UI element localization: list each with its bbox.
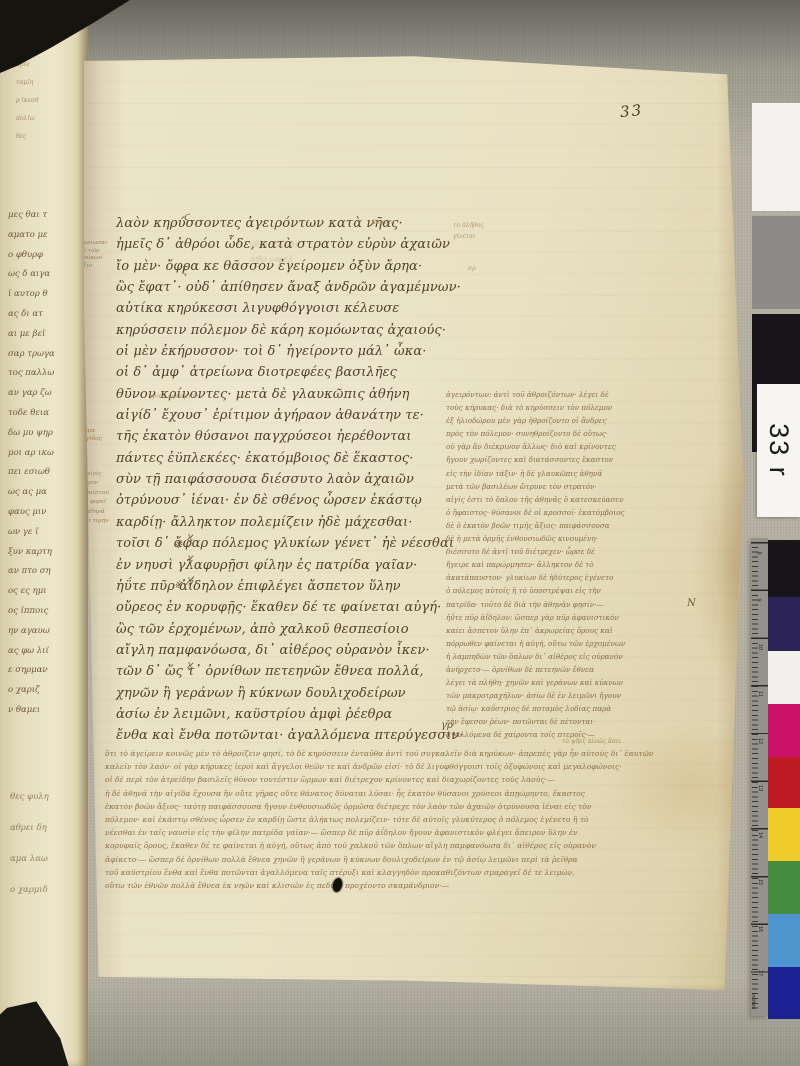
bottom-scholia-header: τὸ ψῆες αἰνῶς ἄπει [562, 738, 621, 745]
faint-gloss: ἅπαντα [372, 219, 395, 226]
scholion-line: εἰς τὴν ἰδίαν τάξιν· ἡ δὲ γλαυκῶπις ἀθην… [446, 467, 654, 480]
margin-mark: ϗ [187, 532, 193, 543]
scholion-line: ἀγαλλόμενα δὲ χαίροντα τοῖς πτεροῖς·— [446, 728, 654, 741]
scholion-line: πόλεμον· καὶ ἑκάστῳ σθένος ὦρσεν ἐν καρδ… [105, 813, 665, 826]
grayscale-patch-black [752, 314, 800, 395]
verse-line: οἱ δ᾽ ἀμφ᾽ ἀτρείωνα διοτρεφέες βασιλῆες [116, 362, 476, 383]
page-number: 33 [619, 101, 644, 121]
grayscale-patch-white [752, 103, 800, 211]
verse-line: ἐν νηυσὶ γλαφυρῇσι φίλην ἐς πατρίδα γαῖα… [116, 555, 476, 576]
faint-gloss: τὸ πλῆθος [453, 222, 484, 229]
color-patch-dark-blue [768, 967, 800, 1019]
scholion-line: καλεῖν τὸν λαόν· οἱ γὰρ κήρυκες ἱεροὶ κα… [105, 760, 665, 773]
folio-label-text: 33 r [757, 384, 800, 517]
text-fragment: αμα λαω [10, 844, 49, 875]
text-fragment: ϊ αυτορ θ [8, 285, 55, 305]
scholion-line: πρὸς τὸν πόλεμον· συνηθροίζοντο δὲ οὕτως… [446, 427, 654, 440]
verse-line: οὔρεος ἐν κορυφῇς· ἕκαθεν δέ τε φαίνεται… [116, 597, 476, 618]
text-fragment: μες θαι τ [8, 206, 55, 226]
text-fragment: πει εσιωθ [8, 463, 55, 483]
color-patch-magenta [768, 704, 800, 757]
scholion-line: ὁ ἥφαιστος· θύσανοι δὲ οἱ κροσσοί· ἑκατό… [446, 506, 654, 519]
margin-mark: ξ [182, 266, 188, 277]
scholion-line: δὲ ὁ ἑκατὸν βοῶν τιμῆς ἄξιος· παιφάσσουσ… [446, 519, 654, 532]
main-text-block: λαὸν κηρύσσοντες ἀγειρόντων κατὰ νῆας·ἡμ… [116, 213, 476, 747]
verse-line: πάντες ἐϋπλεκέες· ἑκατόμβοιος δὲ ἕκαστος… [116, 448, 476, 469]
faint-gloss: ἤγουν ἄφθαρτον [148, 393, 198, 400]
verse-line: ὣς ἔφατ᾽· οὐδ᾽ ἀπίθησεν ἄναξ ἀνδρῶν ἀγαμ… [116, 277, 476, 298]
facing-page-line-fragments: μες θαι ταματο μεο φθυρφως δ αιγαϊ αυτορ… [8, 206, 55, 721]
scholion-line: ἡ λαμπηδὼν τῶν ὅπλων δι᾽ αἰθέρος εἰς οὐρ… [446, 650, 654, 663]
text-fragment: θες φυλη [10, 782, 49, 813]
ruler-major-ticks [751, 542, 768, 1012]
text-fragment: αι με βεϊ [8, 325, 55, 345]
scholion-line: κορυφαῖς ὄρους, ἕκαθεν δέ τε φαίνεται ἡ … [105, 839, 665, 852]
color-patch-red [768, 757, 800, 808]
color-patch-light-blue [768, 914, 800, 967]
scholion-line: τοῦ καϋστρίου ἔνθα καὶ ἔνθα ποτῶνται ἀγα… [105, 866, 665, 879]
text-fragment: ταμϊη [16, 74, 39, 92]
text-fragment: τος παλλω [8, 364, 55, 384]
margin-mark: ϗ [187, 575, 193, 586]
text-fragment: ος ες ημι [8, 582, 55, 602]
text-fragment: ων γε ϊ [8, 523, 55, 543]
color-patch-black [768, 540, 800, 597]
text-fragment: ην αγαυω [8, 622, 55, 642]
verse-line: τῶν δ᾽ ὥς τ᾽ ὀρνίθων πετεηνῶν ἔθνεα πολλ… [116, 661, 476, 682]
text-fragment: ας δι ατ [8, 305, 55, 325]
margin-mark: ϗ [187, 660, 193, 671]
scholion-line: ὁ πόλεμος αὐτοῖς ἢ τὸ ὑποστρέψαι εἰς τὴν [446, 584, 654, 597]
text-fragment: ο χαριζ [8, 681, 55, 701]
text-fragment: ος ϊπποις [8, 602, 55, 622]
color-patch-violet-blue [768, 597, 800, 651]
verse-line: ἠΰτε πῦρ ἀΐδηλον ἐπιφλέγει ἄσπετον ὕλην [116, 576, 476, 597]
color-patch-yellow [768, 808, 800, 861]
ruler-unit-label: Inches [750, 993, 756, 1009]
verse-line: σὺν τῇ παιφάσσουσα διέσσυτο λαὸν ἀχαιῶν [116, 469, 476, 490]
ruler-number: 13 [757, 785, 763, 791]
scholion-line: τοὺς κήρυκας· διὰ τὸ κηρύσσειν τὸν πόλεμ… [446, 401, 654, 414]
scholion-line: τῷ ἀσίῳ· καΰστριος δὲ ποταμὸς λυδίας παρ… [446, 702, 654, 715]
scholion-line: πόρρωθεν φαίνεται ἡ αὐγή, οὕτω τῶν ἐρχομ… [446, 637, 654, 650]
verse-line: χηνῶν ἢ γεράνων ἢ κύκνων δουλιχοδείρων [116, 683, 476, 704]
scholion-line: ἤγειρε καὶ παρώρμησεν· ἄλληκτον δὲ τὸ [446, 558, 654, 571]
scholion-line: νέεσθαι ἐν ταῖς ναυσὶν εἰς τὴν φίλην πατ… [105, 826, 665, 839]
calibration-ruler: 891011121314151617 Inches [751, 538, 768, 1016]
margin-mark: ※ [174, 540, 182, 551]
text-fragment: αματο με [8, 226, 55, 246]
color-calibration-patches [768, 540, 800, 1019]
ruler-number: 14 [757, 832, 763, 838]
text-fragment: ο χαρμιδ [10, 875, 49, 906]
scholion-line: ἀκατάπαυστον· γλυκίων δὲ ἡδύτερος ἐγένετ… [446, 571, 654, 584]
verse-line: αἴγλη παμφανόωσα, δι᾽ αἰθέρος οὐρανὸν ἷκ… [116, 640, 476, 661]
text-fragment: θες [16, 128, 39, 146]
scholion-line: μετὰ τῶν βασιλέων ὤτρυνε τὸν στρατόν· [446, 480, 654, 493]
ruler-number: 15 [757, 879, 763, 885]
verse-line: λαὸν κηρύσσοντες ἀγειρόντων κατὰ νῆας· [116, 213, 476, 234]
text-fragment: ο φθυρφ [8, 246, 55, 266]
text-fragment: δω μυ ψηρ [8, 424, 55, 444]
verse-line: ἡμεῖς δ᾽ ἀθρόοι ὧδε, κατὰ στρατὸν εὐρὺν … [116, 234, 476, 255]
grayscale-patch-gray [752, 216, 800, 309]
scholion-line: τῶν μακροτραχήλων· ἀσίω δὲ ἐν λειμῶνι ἤγ… [446, 689, 654, 702]
ruler-number: 9 [756, 598, 762, 601]
verse-line: τῆς ἑκατὸν θύσανοι παγχρύσεοι ἠερέθονται [116, 426, 476, 447]
scholion-line: ἑκατὸν βοῶν ἄξιος· ταύτῃ παιφάσσουσα ἤγο… [105, 800, 665, 813]
scholion-line: ἡ δὲ ἀθηνᾶ τὴν αἰγίδα ἔχουσα ἣν οὔτε γῆρ… [105, 787, 665, 800]
scholion-line: δὲ ἡ μετὰ ὁρμῆς ἐνθουσιωδῶς κινουμένη· [446, 532, 654, 545]
text-fragment: ν θαμει [8, 701, 55, 721]
verse-line: τοῖσι δ᾽ ἄφαρ πόλεμος γλυκίων γένετ᾽ ἠὲ … [116, 533, 476, 554]
scholion-line: οὕτω τῶν ἐθνῶν πολλὰ ἔθνεα ἐκ νηῶν καὶ κ… [105, 879, 665, 892]
verse-line: αἰγίδ᾽ ἔχουσ᾽ ἐρίτιμον ἀγήραον ἀθανάτην … [116, 405, 476, 426]
margin-mark: ※ [174, 580, 182, 591]
verse-line: καρδίῃ· ἄλληκτον πολεμίζειν ἠδὲ μάχεσθαι… [116, 512, 476, 533]
scholion-line: καίει ἄσπετον ὕλην ἐπ᾽ ἀκρωρείας ὄρους κ… [446, 624, 654, 637]
verse-line: ὣς τῶν ἐρχομένων, ἀπὸ χαλκοῦ θεσπεσίοιο [116, 619, 476, 640]
scholion-line: ἀνήρχετο·— ὀρνίθων δὲ πετεηνῶν ἔθνεα [446, 663, 654, 676]
verse-line: ὀτρύνουσ᾽ ἰέναι· ἐν δὲ σθένος ὦρσεν ἑκάσ… [116, 490, 476, 511]
scholion-line: ἤγουν χωρίζοντες καὶ διατάσσοντες ἕκαστο… [446, 453, 654, 466]
scholion-line: τὴν ἔφεσον ῥέων· ποτῶνται δὲ πέτονται· [446, 715, 654, 728]
margin-mark: ϛ [184, 212, 190, 223]
ruler-number: 8 [756, 551, 762, 554]
ruler-number: 12 [757, 738, 763, 744]
scholion-line: διέσσυτο δὲ ἀντὶ τοῦ διέτρεχεν· ὦρσε δὲ [446, 545, 654, 558]
text-fragment: αν γαρ ζω [8, 384, 55, 404]
scholion-line: οὐ γὰρ ἂν διέκρινον ἄλλως· διὸ καὶ κρίνο… [446, 440, 654, 453]
folio-label: 33 r [757, 384, 800, 517]
text-fragment: ως δ αιγα [8, 265, 55, 285]
text-fragment: σαρ τρωγα [8, 345, 55, 365]
text-fragment: ε σηρμαν [8, 661, 55, 681]
scholion-line: ἀφίκετο·— ὥσπερ δὲ ὀρνίθων πολλὰ ἔθνεα χ… [105, 853, 665, 866]
color-patch-white [768, 651, 800, 704]
scholion-line: αἰγίς ἐστι τὸ ὅπλον τῆς ἀθηνᾶς ὃ κατεσκε… [446, 493, 654, 506]
margin-mark: ϗ [187, 553, 193, 564]
ruler-number: 17 [757, 970, 763, 976]
scholion-line: πατρίδα· τοῦτο δὲ διὰ τὴν ἀθηνᾶν φησίν·— [446, 598, 654, 611]
verse-line: ἴο μὲν· ὄφρα κε θᾶσσον ἐγείρομεν ὀξὺν ἄρ… [116, 256, 476, 277]
scholion-line: ἀγειρόντων: ἀντὶ τοῦ ἀθροιζόντων· λέγει … [446, 388, 654, 401]
verse-line: οἱ μὲν ἐκήρυσσον· τοὶ δ᾽ ἠγείροντο μάλ᾽ … [116, 341, 476, 362]
text-fragment: ρ ϊκεσθ [16, 92, 39, 110]
facing-page-top-fragments: πρϊνταμϊηρ ϊκεσθπολϊωθες [16, 56, 39, 146]
scholion-line: ἐξ ἡλιοδώρου μὲν γὰρ ἠθροίζοντο οἱ ἄνδρε… [446, 414, 654, 427]
scholion-line: ὅτι τὸ ἀγείρειν κοινῶς μὲν τὸ ἀθροίζειν … [105, 747, 665, 760]
ruler-number: 16 [757, 926, 763, 932]
text-fragment: αν πτο ση [8, 562, 55, 582]
verse-line: ἔνθα καὶ ἔνθα ποτῶνται· ἀγαλλόμενα πτερύ… [116, 725, 476, 746]
scholion-line: ἠΰτε πῦρ ἀΐδηλον: ὥσπερ γὰρ πῦρ ἀφανιστι… [446, 611, 654, 624]
text-fragment: μοι αρ ικω [8, 444, 55, 464]
margin-mark: N [687, 598, 696, 609]
faint-gloss: σρ [468, 265, 476, 272]
text-fragment: αθρει δη [10, 813, 49, 844]
text-fragment: ας φω λιϊ [8, 642, 55, 662]
scholion-line: λέγει τὰ πλήθη· χηνῶν καὶ γεράνων καὶ κύ… [446, 676, 654, 689]
ruler-number: 10 [757, 644, 763, 650]
bottom-scholia-block: ὅτι τὸ ἀγείρειν κοινῶς μὲν τὸ ἀθροίζειν … [105, 747, 665, 892]
scholion-line: οἱ δὲ περὶ τὸν ἀτρείδην βασιλεῖς θῦνον τ… [105, 773, 665, 786]
text-fragment: ξυν καρτη [8, 543, 55, 563]
manuscript-photo: πρϊνταμϊηρ ϊκεσθπολϊωθες μες θαι ταματο … [0, 0, 800, 1066]
facing-page-edge: πρϊνταμϊηρ ϊκεσθπολϊωθες μες θαι ταματο … [0, 0, 88, 1066]
text-fragment: φαυς μιν [8, 503, 55, 523]
facing-page-bottom-fragments: θες φυληαθρει δηαμα λαωο χαρμιδ [10, 782, 49, 906]
text-fragment: πολϊω [16, 110, 39, 128]
text-fragment: τοδε θεια [8, 404, 55, 424]
right-scholia-block: ἀγειρόντων: ἀντὶ τοῦ ἀθροιζόντων· λέγει … [446, 388, 654, 742]
ruler-number: 11 [757, 691, 763, 697]
manuscript-page: 33 ὶθμι πάλαιἀθρ ωφελ σημείωσαιτὴν τῶνκη… [84, 40, 743, 996]
verse-line: ἀσίω ἐν λειμῶνι, καϋστρίου ἀμφὶ ῥέεθρα [116, 704, 476, 725]
faint-gloss: γίνεται [453, 233, 476, 240]
color-patch-green [768, 861, 800, 914]
verse-line: κηρύσσειν πόλεμον δὲ κάρη κομόωντας ἀχαι… [116, 320, 476, 341]
verse-line: αὐτίκα κηρύκεσσι λιγυφθόγγοισι κέλευσε [116, 298, 476, 319]
text-fragment: ως ας μα [8, 483, 55, 503]
